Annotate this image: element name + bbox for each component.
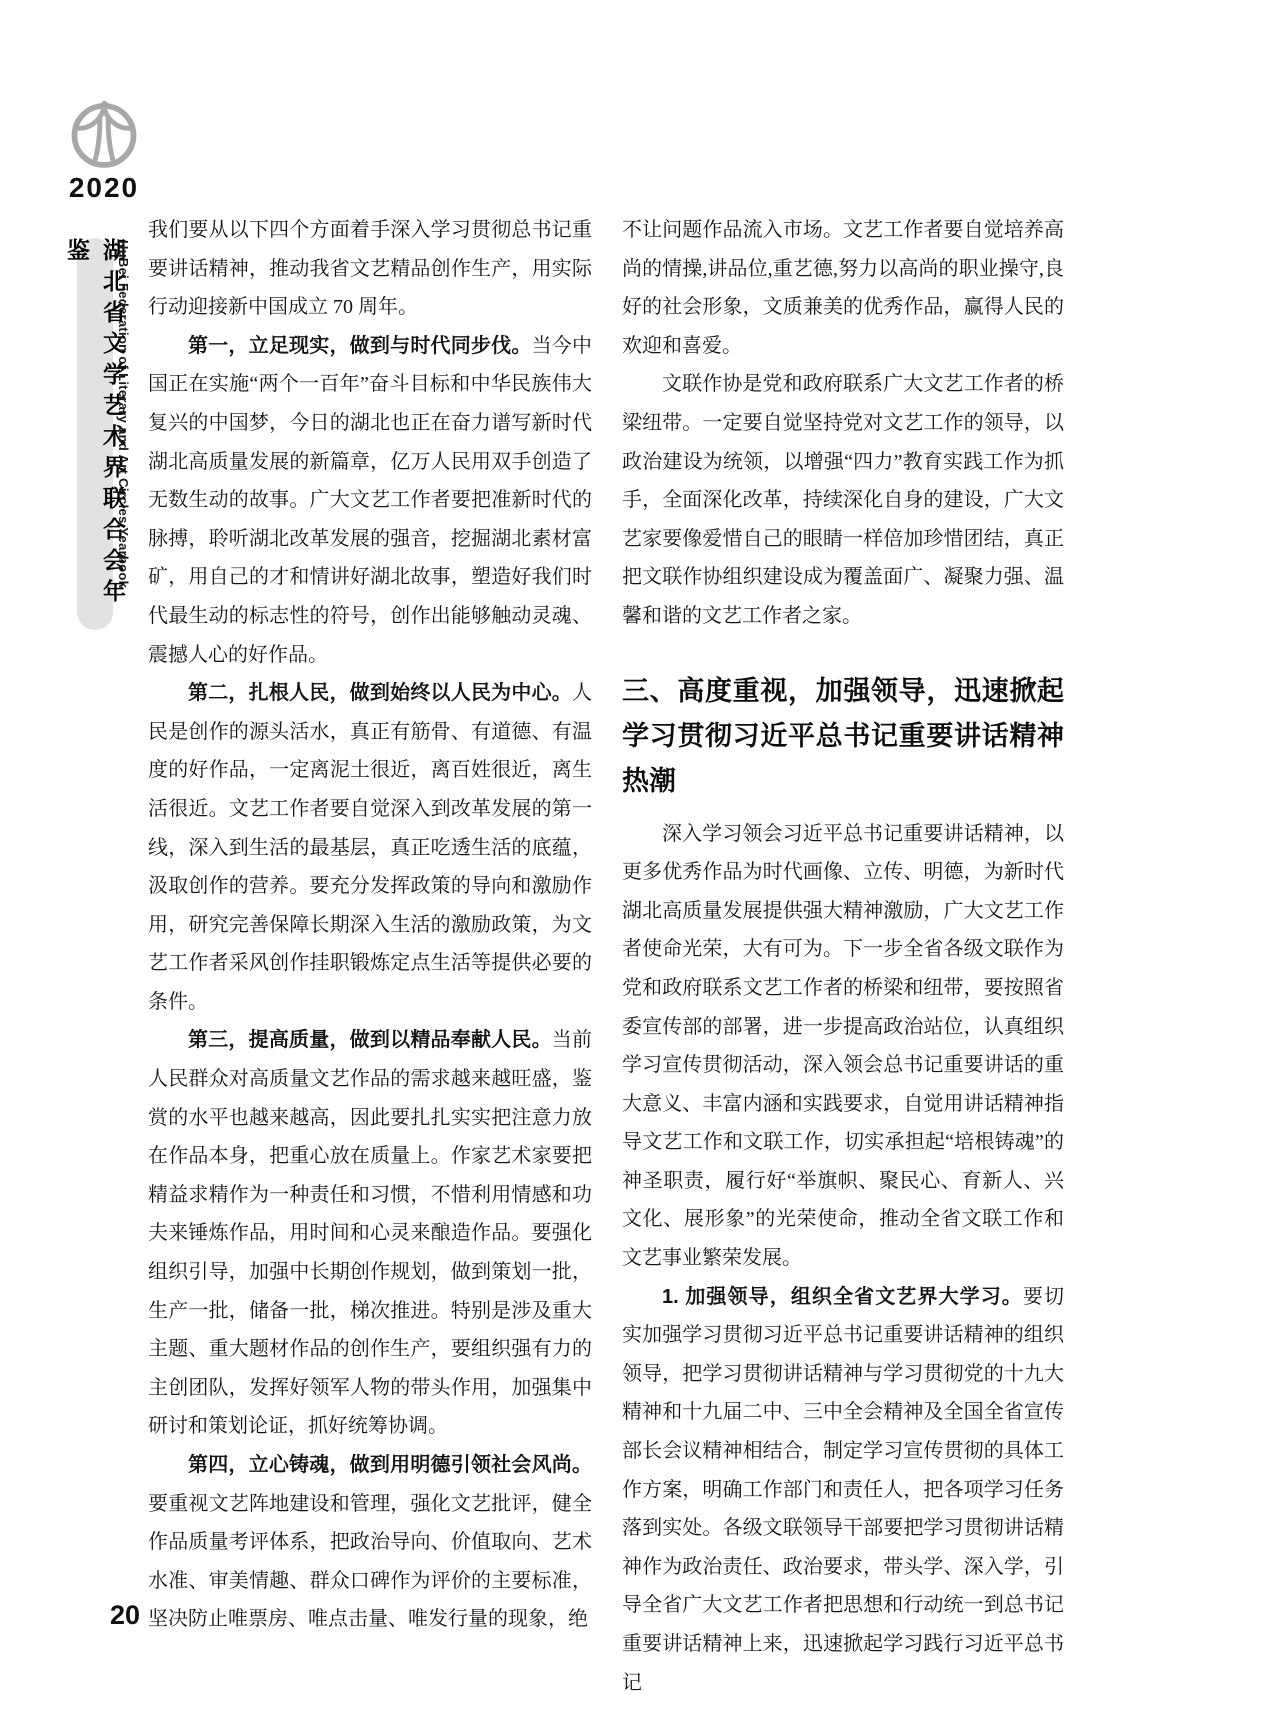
paragraph-lead: 第四，立心铸魂，做到用明德引领社会风尚。 (188, 1454, 592, 1476)
paragraph-lead: 1. 加强领导，组织全省文艺界大学习。 (662, 1286, 1023, 1308)
paragraph: 1. 加强领导，组织全省文艺界大学习。要切实加强学习贯彻习近平总书记重要讲话精神… (622, 1278, 1064, 1703)
federation-logo-icon (62, 92, 146, 174)
paragraph: 深入学习领会习近平总书记重要讲话精神，以更多优秀作品为时代画像、立传、明德，为新… (622, 815, 1064, 1278)
yearbook-page: { "page": { "year": "2020", "page_number… (0, 0, 1276, 1719)
paragraph: 第四，立心铸魂，做到用明德引领社会风尚。要重视文艺阵地建设和管理，强化文艺批评，… (148, 1446, 592, 1639)
paragraph: 不让问题作品流入市场。文艺工作者要自觉培养高尚的情操,讲品位,重艺德,努力以高尚… (622, 211, 1064, 365)
paragraph: 文联作协是党和政府联系广大文艺工作者的桥梁纽带。一定要自觉坚持党对文艺工作的领导… (622, 365, 1064, 635)
year-label: 2020 (58, 174, 150, 202)
paragraph-lead: 第二，扎根人民，做到始终以人民为中心。 (188, 682, 572, 704)
logo-block: 2020 (58, 92, 150, 202)
sidebar-title-pill: 湖北省文学艺术界联合会年鉴 (77, 238, 113, 630)
paragraph-lead: 第一，立足现实，做到与时代同步伐。 (188, 335, 532, 357)
paragraph-lead: 第三，提高质量，做到以精品奉献人民。 (188, 1029, 552, 1051)
left-text-column: 我们要从以下四个方面着手深入学习贯彻总书记重要讲话精神，推动我省文艺精品创作生产… (148, 211, 592, 1639)
paragraph: 我们要从以下四个方面着手深入学习贯彻总书记重要讲话精神，推动我省文艺精品创作生产… (148, 211, 592, 327)
section-heading: 三、高度重视，加强领导，迅速掀起学习贯彻习近平总书记重要讲话精神热潮 (622, 669, 1064, 804)
paragraph: 第二，扎根人民，做到始终以人民为中心。人民是创作的源头活水，真正有筋骨、有道德、… (148, 674, 592, 1021)
sidebar-title-en: HuBei Federation of Literary and Art Cir… (116, 240, 131, 630)
right-text-column: 不让问题作品流入市场。文艺工作者要自觉培养高尚的情操,讲品位,重艺德,努力以高尚… (622, 211, 1064, 1702)
page-number: 20 (110, 1600, 140, 1631)
paragraph: 第三，提高质量，做到以精品奉献人民。当前人民群众对高质量文艺作品的需求越来越旺盛… (148, 1021, 592, 1446)
paragraph: 第一，立足现实，做到与时代同步伐。当今中国正在实施“两个一百年”奋斗目标和中华民… (148, 327, 592, 674)
